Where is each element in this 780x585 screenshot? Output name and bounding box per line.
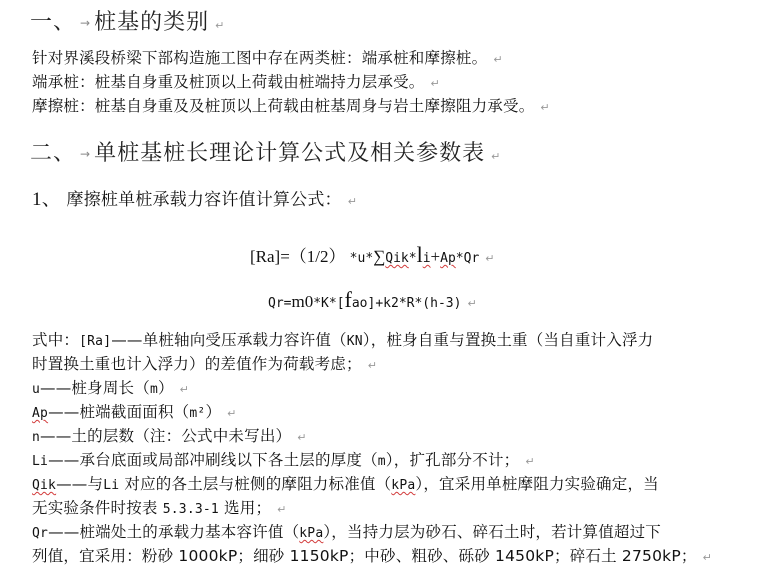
definition-qr-line2: 列值，宜采用：粉砂 1000kP；细砂 1150kP；中砂、粗砂、砾砂 1450…	[32, 545, 712, 569]
definition-symbol: Ap	[32, 406, 48, 421]
formula-term: *K*[	[313, 296, 344, 311]
sum-symbol: ∑	[373, 247, 385, 266]
definition-li: Li——承台底面或局部冲刷线以下各土层的厚度（m），扩孔部分不计；↵	[32, 449, 535, 473]
definition-u: u——桩身周长（m）↵	[32, 377, 189, 401]
paragraph: 摩擦桩：桩基自身重及及桩顶以上荷载由桩基周身与岩土摩擦阻力承受。↵	[32, 95, 550, 119]
definition-ra-line1: 式中：[Ra]——单桩轴向受压承载力容许值（KN），桩身自重与置换土重（当自重计…	[32, 329, 653, 353]
definition-text: ），宜采用单桩摩阻力实验确定，当	[415, 475, 658, 493]
formula-term: f	[345, 287, 352, 312]
definition-symbol: Qr	[32, 526, 48, 541]
paragraph-mark-icon: ↵	[431, 77, 440, 90]
section-heading-2: 二、→单桩基桩长理论计算公式及相关参数表↵	[30, 139, 501, 172]
formula-term: +	[431, 247, 441, 266]
paragraph-text: 摩擦桩：桩基自身重及及桩顶以上荷载由桩基周身与岩土摩擦阻力承受。	[32, 97, 534, 115]
paragraph-mark-icon: ↵	[703, 551, 712, 564]
definition-text: ）	[205, 403, 221, 421]
definition-qik-line2: 无实验条件时按表 5.3.3-1 选用；↵	[32, 497, 287, 521]
definition-unit: kPa	[299, 526, 323, 541]
definition-symbol: n	[32, 430, 40, 445]
definition-text: ）	[158, 379, 174, 397]
definition-symbol: u	[32, 382, 40, 397]
definition-text: 无实验条件时按表	[32, 499, 163, 517]
definition-symbol: Li	[32, 454, 48, 469]
section-title: 单桩基桩长理论计算公式及相关参数表	[94, 141, 485, 166]
formula-term: Qik	[385, 251, 408, 266]
paragraph-mark-icon: ↵	[540, 101, 549, 114]
formula-factor: （1/2）	[290, 247, 346, 266]
definition-text: ——承台底面或局部冲刷线以下各土层的厚度（	[48, 451, 378, 469]
definition-text: 选用；	[219, 499, 271, 517]
paragraph-mark-icon: ↵	[297, 431, 306, 444]
paragraph-text: 针对界溪段桥梁下部构造施工图中存在两类桩：端承桩和摩擦桩。	[32, 49, 487, 67]
definition-qr-line1: Qr——桩端处土的承载力基本容许值（kPa），当持力层为砂石、碎石土时，若计算值…	[32, 521, 661, 545]
formula-term: *u*	[350, 251, 373, 266]
paragraph: 端承桩：桩基自身重及桩顶以上荷载由桩端持力层承受。↵	[32, 71, 440, 95]
paragraph-text: 端承桩：桩基自身重及桩顶以上荷载由桩端持力层承受。	[32, 73, 425, 91]
paragraph-mark-icon: ↵	[180, 383, 189, 396]
definition-unit: m	[150, 382, 158, 397]
paragraph-mark-icon: ↵	[467, 297, 476, 310]
definition-text: 时置换土重也计入浮力）的差值作为荷载考虑；	[32, 355, 362, 373]
tab-mark-icon: →	[80, 147, 91, 161]
definition-text: ），扩孔部分不计；	[386, 451, 520, 469]
definition-text: 对应的各土层与桩侧的摩阻力标准值（	[119, 475, 391, 493]
formula-term: m0	[291, 292, 313, 311]
definition-unit: m²	[189, 406, 205, 421]
paragraph: 针对界溪段桥梁下部构造施工图中存在两类桩：端承桩和摩擦桩。↵	[32, 47, 503, 71]
table-reference: 5.3.3-1	[163, 502, 219, 517]
definition-text: ——桩端处土的承载力基本容许值（	[48, 523, 299, 541]
definition-text: ——桩端截面面积（	[48, 403, 189, 421]
definition-text: ），当持力层为砂石、碎石土时，若计算值超过下	[323, 523, 661, 541]
formula-lhs: [Ra]=	[250, 247, 290, 266]
paragraph-mark-icon: ↵	[227, 407, 236, 420]
definition-qik-line1: Qik——与Li 对应的各土层与桩侧的摩阻力标准值（kPa），宜采用单桩摩阻力实…	[32, 473, 659, 497]
paragraph-mark-icon: ↵	[525, 455, 534, 468]
formula-term: *Qr	[456, 251, 479, 266]
formula-lhs: Qr=	[268, 296, 291, 311]
definition-symbol: Qik	[32, 478, 56, 493]
definition-text: ——桩身周长（	[40, 379, 150, 397]
paragraph-mark-icon: ↵	[277, 503, 286, 516]
section-title: 桩基的类别	[94, 10, 209, 35]
paragraph-mark-icon: ↵	[368, 359, 377, 372]
definition-n: n——土的层数（注：公式中未写出）↵	[32, 425, 307, 449]
definition-text: 列值，宜采用：粉砂 1000kP；细砂 1150kP；中砂、粗砂、砾砂 1450…	[32, 547, 697, 565]
paragraph-mark-icon: ↵	[348, 195, 357, 208]
section-number: 二、	[30, 141, 76, 166]
formula-ra: [Ra]=（1/2） *u*∑Qik*li+Ap*Qr↵	[250, 243, 495, 271]
definition-symbol: [Ra]	[79, 334, 111, 349]
definition-text: ），桩身自重与置换土重（当自重计入浮力	[363, 331, 654, 349]
subsection-number: 1、	[32, 189, 61, 210]
definition-ap: Ap——桩端截面面积（m²）↵	[32, 401, 237, 425]
paragraph-mark-icon: ↵	[215, 19, 225, 32]
tab-mark-icon: →	[80, 16, 91, 30]
definition-text: ——单桩轴向受压承载力容许值（	[111, 331, 347, 349]
formula-qr: Qr=m0*K*[fao]+k2*R*(h-3)↵	[268, 288, 477, 316]
paragraph-mark-icon: ↵	[493, 53, 502, 66]
formula-term: *	[409, 251, 417, 266]
subsection-title: 摩擦桩单桩承载力容许值计算公式：	[67, 190, 342, 210]
subsection-heading: 1、 摩擦桩单桩承载力容许值计算公式：↵	[32, 188, 357, 214]
paragraph-mark-icon: ↵	[485, 252, 494, 265]
formula-term: i	[423, 251, 431, 266]
section-heading-1: 一、→桩基的类别↵	[30, 8, 225, 41]
definition-text: ——与	[56, 475, 103, 493]
definition-unit: kPa	[391, 478, 415, 493]
formula-term: ]+k2*R*(h-3)	[368, 296, 462, 311]
definition-symbol: Li	[103, 478, 119, 493]
definition-text: ——土的层数（注：公式中未写出）	[40, 427, 291, 445]
formula-term: Ap	[440, 251, 456, 266]
formula-term: ao	[352, 296, 368, 311]
paragraph-mark-icon: ↵	[491, 150, 501, 163]
definition-unit: m	[378, 454, 386, 469]
section-number: 一、	[30, 10, 76, 35]
definition-text: 式中：	[32, 331, 79, 349]
definition-ra-line2: 时置换土重也计入浮力）的差值作为荷载考虑；↵	[32, 353, 377, 377]
definition-unit: KN	[347, 334, 363, 349]
